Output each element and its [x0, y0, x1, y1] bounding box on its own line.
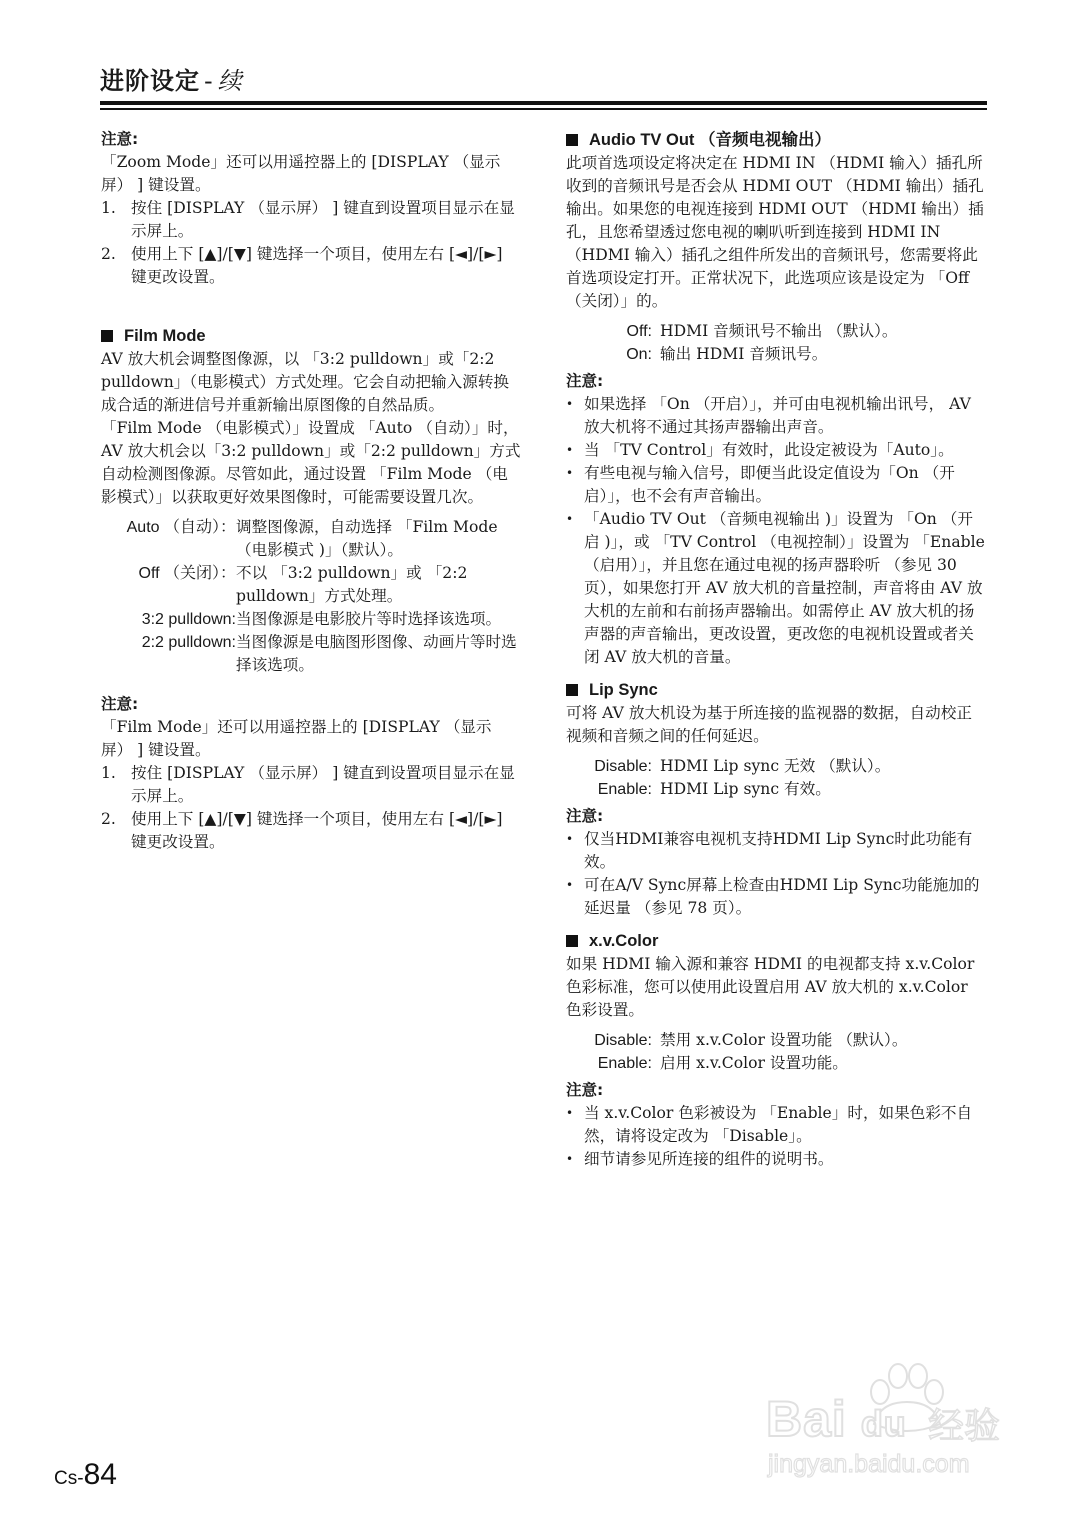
- note-item: •仅当HDMI兼容电视机支持HDMI Lip Sync时此功能有效。: [566, 828, 986, 874]
- note-item-text: 有些电视与输入信号，即便当此设定值设为「On （开启）」，也不会有声音输出。: [584, 462, 986, 508]
- option-item: Auto （自动）：调整图像源，自动选择 「Film Mode （电影模式 )」…: [101, 516, 521, 562]
- option-item: Off （关闭）：不以 「3:2 pulldown」或 「2:2 pulldow…: [101, 562, 521, 608]
- step-item: 2.使用上下 [▲]/[▼] 键选择一个项目，使用左右 [◄]/[►] 键更改设…: [101, 808, 521, 854]
- bullet-icon: •: [566, 828, 584, 874]
- note-item: •细节请参见所连接的组件的说明书。: [566, 1148, 986, 1171]
- page-number-value: 84: [84, 1458, 117, 1491]
- section-paragraph: 此项首选项设定将决定在 HDMI IN （HDMI 输入）插孔所收到的音频讯号是…: [566, 152, 986, 313]
- step-item: 1.按住 [DISPLAY （显示屏） ] 键直到设置项目显示在显示屏上。: [101, 762, 521, 808]
- xv-color-section: x.v.Color 如果 HDMI 输入源和兼容 HDMI 的电视都支持 x.v…: [566, 929, 986, 1171]
- note-item-text: 可在A/V Sync屏幕上检查由HDMI Lip Sync功能施加的延迟量 （参…: [584, 874, 986, 920]
- note-item: •可在A/V Sync屏幕上检查由HDMI Lip Sync功能施加的延迟量 （…: [566, 874, 986, 920]
- baidu-watermark: Baidu 经验 jingyan.baidu.com: [760, 1362, 1020, 1482]
- section-heading: Lip Sync: [566, 678, 986, 702]
- spacer: [101, 289, 521, 324]
- notes-list: •当 x.v.Color 色彩被设为 「Enable」时，如果色彩不自然，请将设…: [566, 1102, 986, 1171]
- note-heading: 注意:: [566, 1079, 986, 1102]
- notes-list: •仅当HDMI兼容电视机支持HDMI Lip Sync时此功能有效。 •可在A/…: [566, 828, 986, 920]
- section-marker-icon: [101, 330, 113, 342]
- option-item: Off:HDMI 音频讯号不输出 （默认）。: [566, 320, 986, 343]
- note-item-text: 当 x.v.Color 色彩被设为 「Enable」时，如果色彩不自然，请将设定…: [584, 1102, 986, 1148]
- bullet-icon: •: [566, 393, 584, 439]
- note-item: •如果选择 「On （开启）」，并可由电视机输出讯号， AV 放大机将不通过其扬…: [566, 393, 986, 439]
- zoom-mode-note: 注意: 「Zoom Mode」还可以用遥控器上的 [DISPLAY （显示屏） …: [101, 128, 521, 289]
- steps-list: 1.按住 [DISPLAY （显示屏） ] 键直到设置项目显示在显示屏上。 2.…: [101, 762, 521, 854]
- audio-tv-out-section: Audio TV Out （音频电视输出） 此项首选项设定将决定在 HDMI I…: [566, 128, 986, 669]
- option-value: 启用 x.v.Color 设置功能。: [652, 1052, 986, 1075]
- note-item-text: 当 「TV Control」有效时，此设定被设为「Auto」。: [584, 439, 954, 462]
- option-key: Enable:: [566, 1052, 652, 1075]
- step-item: 2.使用上下 [▲]/[▼] 键选择一个项目，使用左右 [◄]/[►] 键更改设…: [101, 243, 521, 289]
- section-paragraph: 如果 HDMI 输入源和兼容 HDMI 的电视都支持 x.v.Color 色彩标…: [566, 953, 986, 1022]
- note-item: •当 x.v.Color 色彩被设为 「Enable」时，如果色彩不自然，请将设…: [566, 1102, 986, 1148]
- section-title: Lip Sync: [589, 678, 658, 702]
- film-mode-section: Film Mode AV 放大机会调整图像源，以 「3:2 pulldown」或…: [101, 324, 521, 677]
- note-heading: 注意:: [566, 805, 986, 828]
- option-item: Enable:HDMI Lip sync 有效。: [566, 778, 986, 801]
- watermark-logo-du: du: [861, 1403, 907, 1444]
- note-heading: 注意:: [101, 128, 521, 151]
- option-value: HDMI Lip sync 无效 （默认）。: [652, 755, 986, 778]
- step-number: 2.: [101, 808, 131, 854]
- option-key: Disable:: [566, 1029, 652, 1052]
- step-item: 1.按住 [DISPLAY （显示屏） ] 键直到设置项目显示在显示屏上。: [101, 197, 521, 243]
- bullet-icon: •: [566, 1148, 584, 1171]
- option-item: Enable:启用 x.v.Color 设置功能。: [566, 1052, 986, 1075]
- spacer: [566, 669, 986, 678]
- option-key: Disable:: [566, 755, 652, 778]
- bullet-icon: •: [566, 874, 584, 920]
- section-paragraph: 可将 AV 放大机设为基于所连接的监视器的数据，自动校正视频和音频之间的任何延迟…: [566, 702, 986, 748]
- watermark-logo-text: Bai: [766, 1391, 847, 1447]
- option-key: 3:2 pulldown:: [101, 608, 236, 631]
- title-separator: -: [204, 67, 214, 95]
- spacer: [101, 677, 521, 693]
- section-marker-icon: [566, 935, 578, 947]
- note-item-text: 细节请参见所连接的组件的说明书。: [584, 1148, 834, 1171]
- option-value: HDMI 音频讯号不输出 （默认）。: [652, 320, 986, 343]
- option-key: Off （关闭）：: [101, 562, 236, 608]
- option-value: 当图像源是电影胶片等时选择该选项。: [236, 608, 521, 631]
- options-list: Off:HDMI 音频讯号不输出 （默认）。 On:输出 HDMI 音频讯号。: [566, 320, 986, 366]
- section-heading: x.v.Color: [566, 929, 986, 953]
- watermark-url: jingyan.baidu.com: [768, 1450, 970, 1479]
- bullet-icon: •: [566, 1102, 584, 1148]
- watermark-logo: Baidu: [766, 1390, 907, 1448]
- option-item: 2:2 pulldown:当图像源是电脑图形图像、动画片等时选择该选项。: [101, 631, 521, 677]
- step-number: 2.: [101, 243, 131, 289]
- step-text: 使用上下 [▲]/[▼] 键选择一个项目，使用左右 [◄]/[►] 键更改设置。: [131, 243, 521, 289]
- bullet-icon: •: [566, 508, 584, 669]
- option-value: 不以 「3:2 pulldown」或 「2:2 pulldown」方式处理。: [236, 562, 521, 608]
- lip-sync-section: Lip Sync 可将 AV 放大机设为基于所连接的监视器的数据，自动校正视频和…: [566, 678, 986, 920]
- spacer: [566, 748, 986, 755]
- watermark-cn: 经验: [928, 1398, 1000, 1449]
- steps-list: 1.按住 [DISPLAY （显示屏） ] 键直到设置项目显示在显示屏上。 2.…: [101, 197, 521, 289]
- page-title: 进阶设定-续: [100, 64, 987, 98]
- right-column: Audio TV Out （音频电视输出） 此项首选项设定将决定在 HDMI I…: [566, 128, 986, 1171]
- step-text: 按住 [DISPLAY （显示屏） ] 键直到设置项目显示在显示屏上。: [131, 197, 521, 243]
- section-title: x.v.Color: [589, 929, 658, 953]
- note-heading: 注意:: [566, 370, 986, 393]
- section-title: Film Mode: [124, 324, 206, 348]
- note-item-text: 仅当HDMI兼容电视机支持HDMI Lip Sync时此功能有效。: [584, 828, 986, 874]
- notes-list: •如果选择 「On （开启）」，并可由电视机输出讯号， AV 放大机将不通过其扬…: [566, 393, 986, 669]
- note-item: •当 「TV Control」有效时，此设定被设为「Auto」。: [566, 439, 986, 462]
- spacer: [566, 313, 986, 320]
- header-rule-thick: [100, 101, 987, 105]
- option-key: On:: [566, 343, 652, 366]
- options-list: Disable:禁用 x.v.Color 设置功能 （默认）。 Enable:启…: [566, 1029, 986, 1075]
- header-rule-thin: [100, 108, 987, 110]
- section-heading: Film Mode: [101, 324, 521, 348]
- section-title: Audio TV Out （音频电视输出）: [589, 128, 831, 152]
- option-value: 输出 HDMI 音频讯号。: [652, 343, 986, 366]
- note-item: •有些电视与输入信号，即便当此设定值设为「On （开启）」，也不会有声音输出。: [566, 462, 986, 508]
- options-list: Auto （自动）：调整图像源，自动选择 「Film Mode （电影模式 )」…: [101, 516, 521, 677]
- section-paragraph: 「Film Mode （电影模式）」设置成 「Auto （自动）」时，AV 放大…: [101, 417, 521, 509]
- option-item: 3:2 pulldown:当图像源是电影胶片等时选择该选项。: [101, 608, 521, 631]
- section-paragraph: AV 放大机会调整图像源，以 「3:2 pulldown」或「2:2 pulld…: [101, 348, 521, 417]
- page-header: 进阶设定-续: [100, 64, 987, 98]
- note-item-text: 「Audio TV Out （音频电视输出 )」设置为 「On （开启 )」，或…: [584, 508, 986, 669]
- left-column: 注意: 「Zoom Mode」还可以用遥控器上的 [DISPLAY （显示屏） …: [101, 128, 521, 854]
- spacer: [566, 920, 986, 929]
- bullet-icon: •: [566, 462, 584, 508]
- step-text: 按住 [DISPLAY （显示屏） ] 键直到设置项目显示在显示屏上。: [131, 762, 521, 808]
- section-heading: Audio TV Out （音频电视输出）: [566, 128, 986, 152]
- option-item: On:输出 HDMI 音频讯号。: [566, 343, 986, 366]
- note-item: •「Audio TV Out （音频电视输出 )」设置为 「On （开启 )」，…: [566, 508, 986, 669]
- option-key: Off:: [566, 320, 652, 343]
- film-mode-note: 注意: 「Film Mode」还可以用遥控器上的 [DISPLAY （显示屏） …: [101, 693, 521, 854]
- spacer: [566, 1022, 986, 1029]
- section-marker-icon: [566, 684, 578, 696]
- note-heading: 注意:: [101, 693, 521, 716]
- section-marker-icon: [566, 134, 578, 146]
- option-key: 2:2 pulldown:: [101, 631, 236, 677]
- options-list: Disable:HDMI Lip sync 无效 （默认）。 Enable:HD…: [566, 755, 986, 801]
- option-item: Disable:HDMI Lip sync 无效 （默认）。: [566, 755, 986, 778]
- note-text: 「Zoom Mode」还可以用遥控器上的 [DISPLAY （显示屏） ] 键设…: [101, 151, 521, 197]
- option-value: 当图像源是电脑图形图像、动画片等时选择该选项。: [236, 631, 521, 677]
- option-item: Disable:禁用 x.v.Color 设置功能 （默认）。: [566, 1029, 986, 1052]
- page-number: Cs-84: [54, 1458, 117, 1492]
- step-number: 1.: [101, 762, 131, 808]
- option-value: HDMI Lip sync 有效。: [652, 778, 986, 801]
- option-value: 禁用 x.v.Color 设置功能 （默认）。: [652, 1029, 986, 1052]
- title-main: 进阶设定: [100, 67, 200, 95]
- note-item-text: 如果选择 「On （开启）」，并可由电视机输出讯号， AV 放大机将不通过其扬声…: [584, 393, 986, 439]
- spacer: [101, 509, 521, 516]
- bullet-icon: •: [566, 439, 584, 462]
- option-key: Enable:: [566, 778, 652, 801]
- step-text: 使用上下 [▲]/[▼] 键选择一个项目，使用左右 [◄]/[►] 键更改设置。: [131, 808, 521, 854]
- note-text: 「Film Mode」还可以用遥控器上的 [DISPLAY （显示屏） ] 键设…: [101, 716, 521, 762]
- step-number: 1.: [101, 197, 131, 243]
- title-continued: 续: [218, 67, 243, 95]
- option-value: 调整图像源，自动选择 「Film Mode （电影模式 )」（默认）。: [236, 516, 521, 562]
- option-key: Auto （自动）：: [101, 516, 236, 562]
- page-number-prefix: Cs-: [54, 1468, 84, 1489]
